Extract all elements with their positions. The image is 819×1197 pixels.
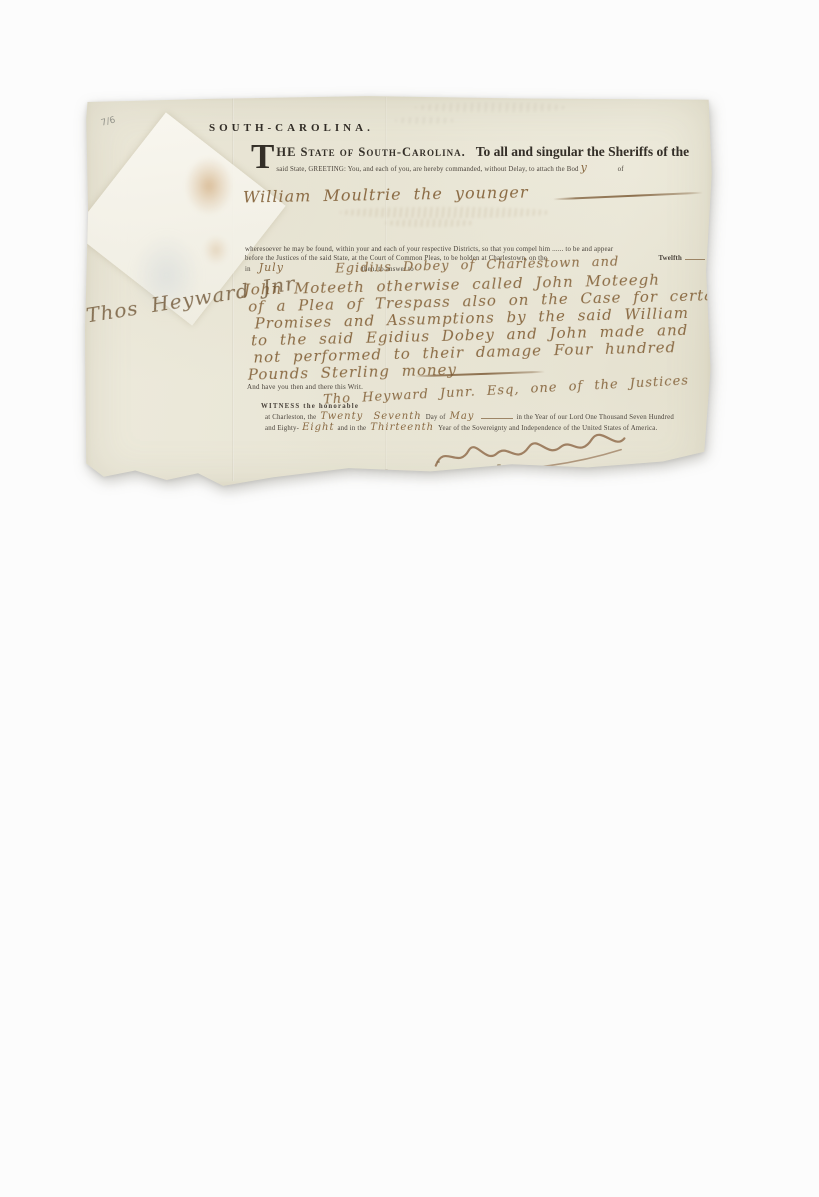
writ-form-month-hand: July (259, 263, 284, 272)
writ-form-line-3-prefix: in (245, 265, 251, 274)
writ-form-line-1: wheresoever he may be found, within your… (245, 245, 708, 254)
command-hand-y: y (581, 161, 588, 174)
ink-speck (497, 464, 501, 466)
month-hand: May (450, 412, 475, 421)
command-line: said State, GREETING: You, and each of y… (251, 163, 706, 174)
bleed-through-middle (340, 207, 550, 218)
heading-dropcap: T (251, 143, 274, 171)
year-prefix-2: and Eighty- (265, 424, 299, 433)
state-caption: SOUTH-CAROLINA. (209, 122, 374, 134)
page-background: 7/6 SOUTH-CAROLINA. T HE State of South-… (0, 0, 819, 1197)
seal-stain (185, 157, 233, 215)
writ-form-day-word: Twelfth (658, 254, 682, 263)
pencil-note: 7/6 (100, 115, 116, 128)
command-line-text: said State, GREETING: You, and each of y… (276, 166, 578, 173)
place-prefix: at Charleston, the (265, 413, 316, 422)
ink-dash-date (481, 418, 513, 419)
defendant-name-hand: William Moultrie the younger (243, 183, 529, 207)
defendant-dash-stroke (553, 192, 703, 201)
mid-label: and in the (337, 424, 366, 433)
year-hand: Eight (302, 423, 334, 432)
date-line-1: at Charleston, the Twenty Seventh Day of… (265, 412, 727, 422)
bleed-through-top-2 (395, 117, 455, 124)
year-prefix: in the Year of our Lord One Thousand Sev… (516, 413, 674, 422)
sovereign-year-hand: Thirteenth (370, 423, 434, 432)
ink-speck (385, 469, 388, 471)
heading-address: To all and singular the Sheriffs of the (476, 144, 689, 159)
witness-label: WITNESS the honorable (261, 402, 359, 411)
command-tail: of (618, 166, 624, 173)
ink-dash-small (685, 259, 705, 260)
day-label: Day of (426, 413, 446, 422)
claim-line: Pounds Sterling money (248, 362, 457, 383)
day-hand: Twenty Seventh (320, 412, 421, 421)
bleed-through-top (415, 103, 565, 112)
ink-speck (437, 461, 440, 463)
bleed-through-middle-2 (385, 219, 475, 227)
writ-heading: T HE State of South-Carolina.To all and … (251, 143, 706, 174)
heading-state-line: HE State of South-Carolina. (276, 145, 465, 159)
document-photo: 7/6 SOUTH-CAROLINA. T HE State of South-… (85, 95, 713, 487)
document-paper: 7/6 SOUTH-CAROLINA. T HE State of South-… (85, 95, 713, 487)
